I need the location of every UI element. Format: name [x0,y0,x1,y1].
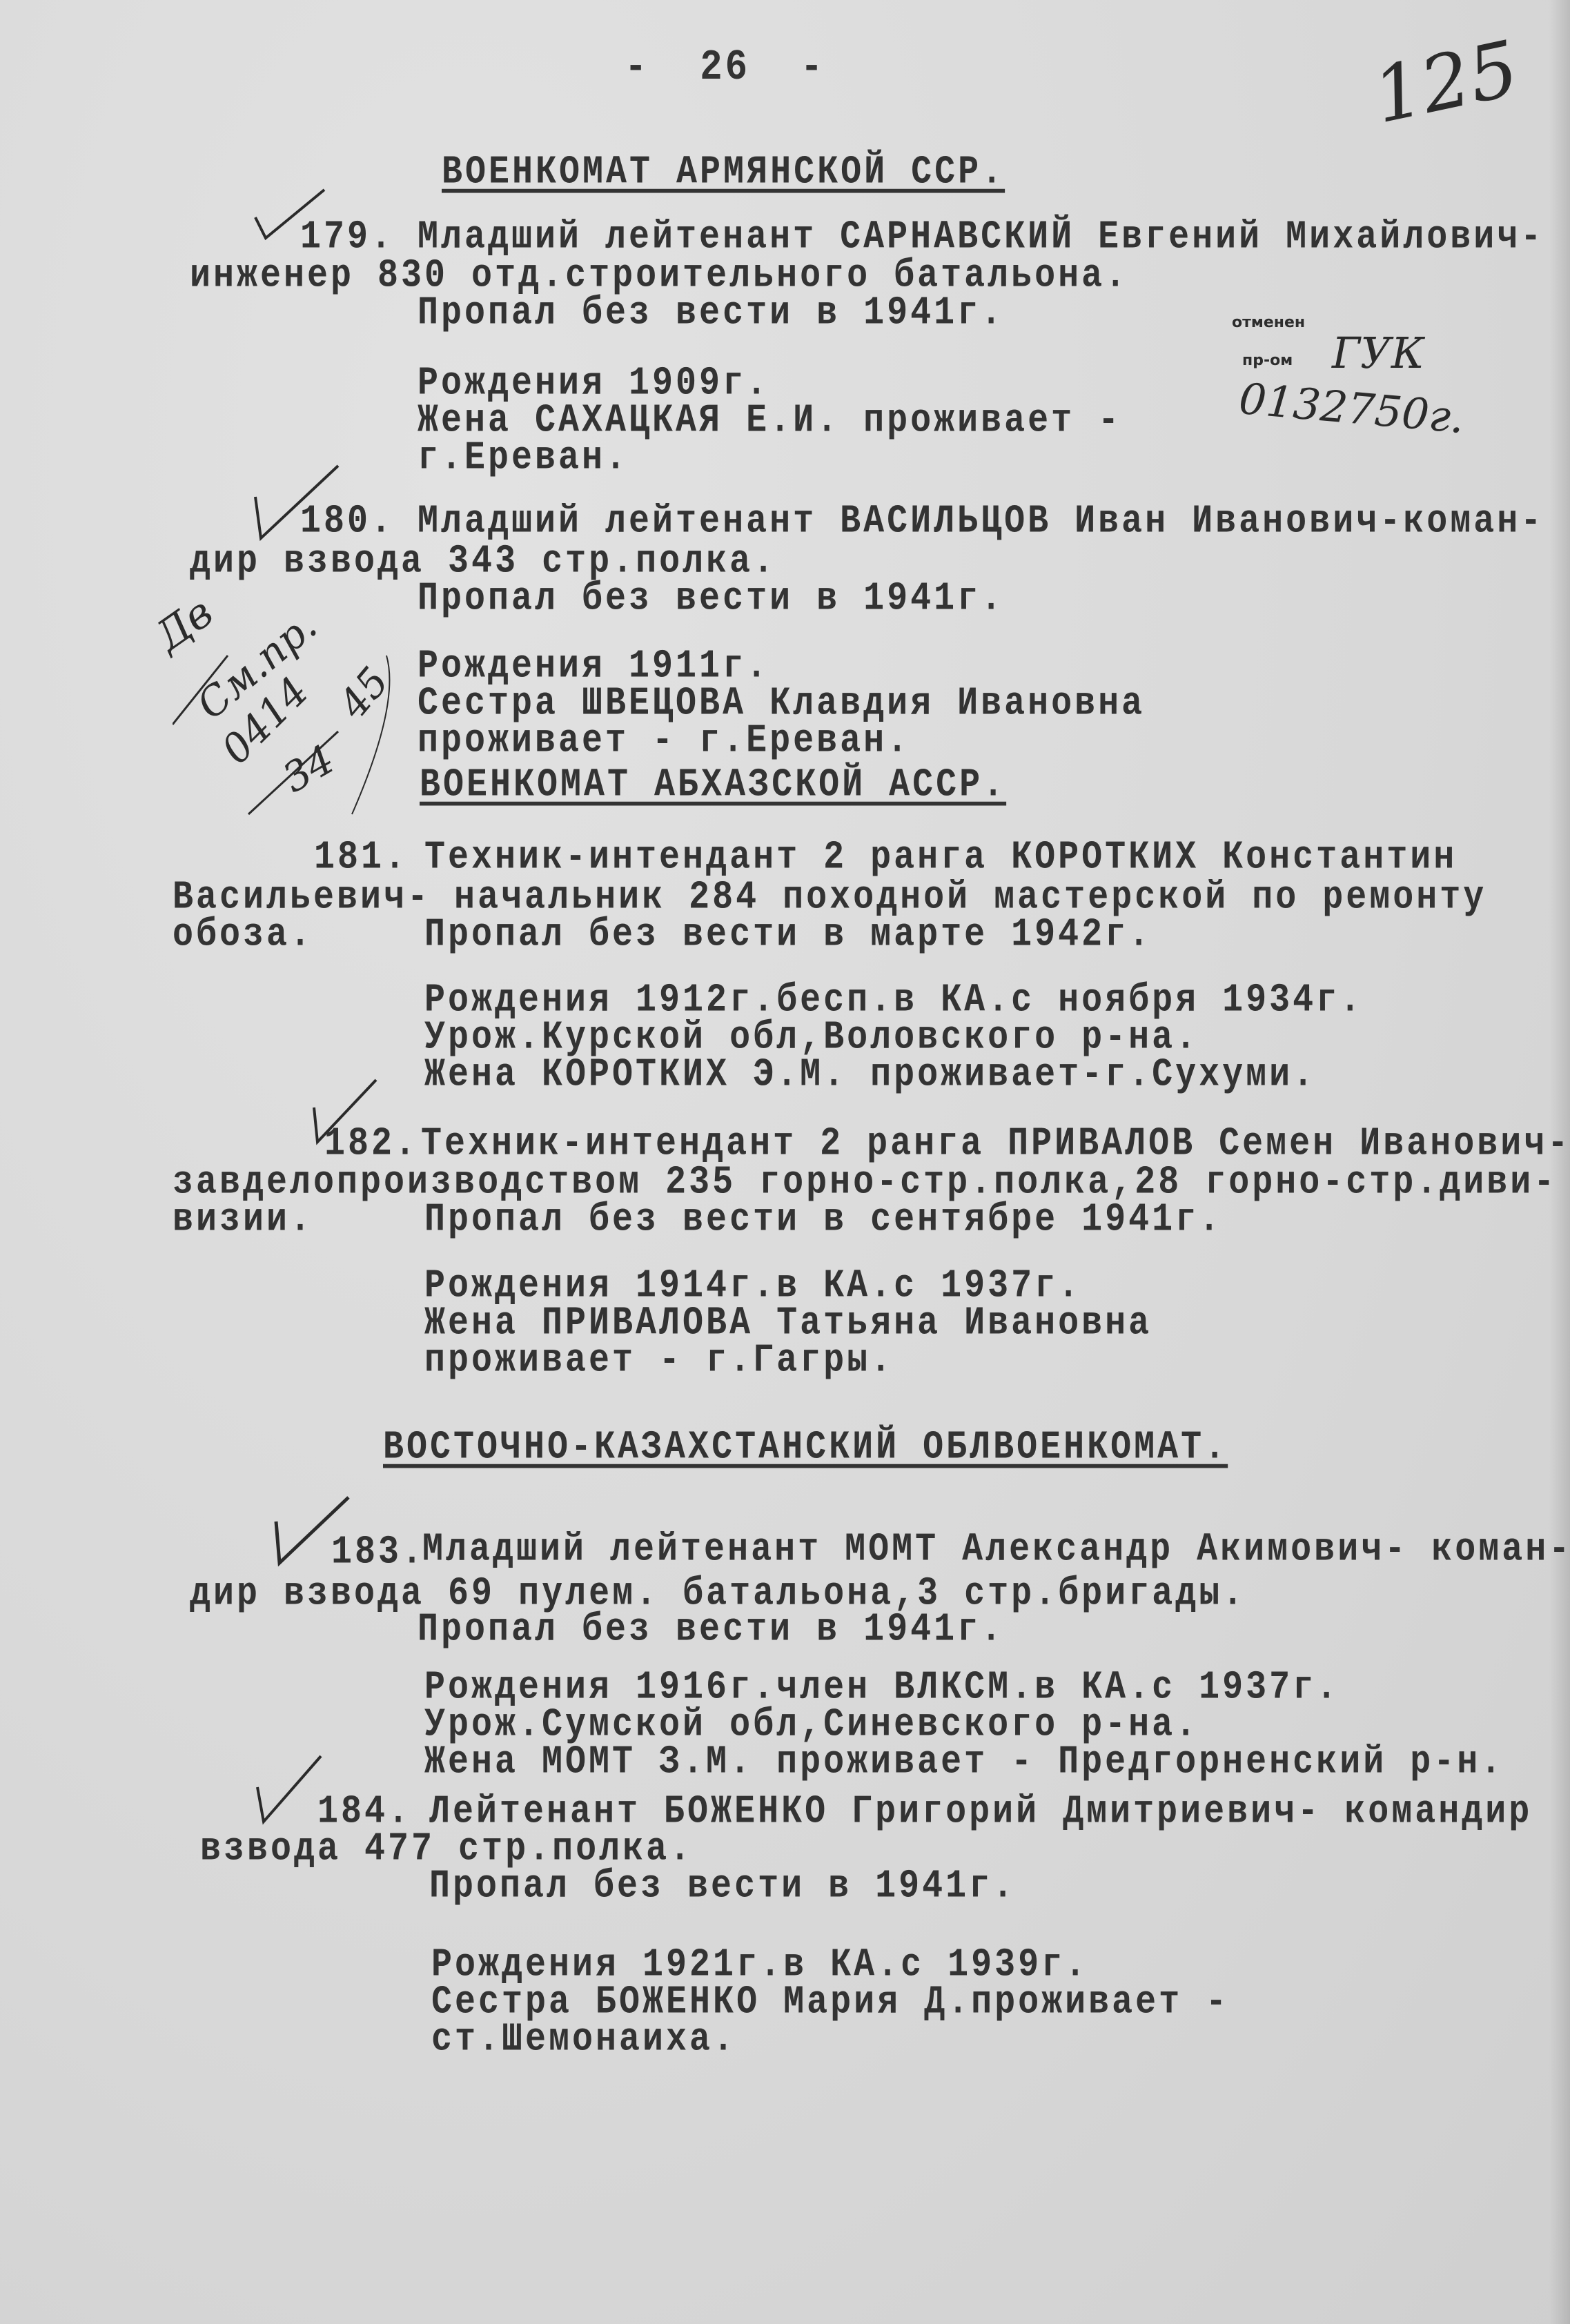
entry-line: Младший лейтенант МОМТ Александр Акимови… [422,1530,1570,1570]
entry-line: Пропал без вести в 1941г. [418,294,1004,334]
cancel-stamp-line1: отменен [1232,314,1305,331]
entry-line: г.Ереван. [418,439,629,479]
entry-line: Пропал без вести в сентябре 1941г. [424,1201,1222,1241]
entry-line: проживает - г.Ереван. [418,722,910,762]
checkmark-icon [255,1753,324,1829]
entry-line: Пропал без вести в 1941г. [429,1867,1016,1907]
section-heading-armenia: ВОЕНКОМАТ АРМЯНСКОЙ ССР. [442,153,1005,193]
entry-line: Пропал без вести в 1941г. [418,580,1004,620]
section-heading-abkhazia: ВОЕНКОМАТ АБХАЗСКОЙ АССР. [420,766,1006,806]
document-page: - 26 - 125 ВОЕНКОМАТ АРМЯНСКОЙ ССР. 179.… [0,0,1570,2324]
section-heading-east-kazakhstan: ВОСТОЧНО-КАЗАХСТАНСКИЙ ОБЛВОЕНКОМАТ. [383,1428,1228,1468]
entry-number: 183. [331,1533,425,1573]
entry-line: Жена МОМТ З.М. проживает - Предгорненски… [424,1743,1504,1783]
entry-line: проживает - г.Гагры. [424,1341,894,1381]
entry-number: 180. [300,502,394,542]
entry-line: Техник-интендант 2 ранга ПРИВАЛОВ Семен … [421,1125,1570,1165]
entry-line: обоза. [173,916,313,956]
entry-line: Жена КОРОТКИХ Э.М. проживает-г.Сухуми. [424,1056,1316,1096]
stamp-order-number: 0132750г. [1237,373,1466,443]
stamp-handwritten-guk: ГУК [1332,328,1424,378]
margin-strike-lines [173,607,435,828]
entry-line: Младший лейтенант САРНАВСКИЙ Евгений Мих… [418,218,1544,258]
entry-number: 182. [324,1125,418,1165]
entry-line: Техник-интендант 2 ранга КОРОТКИХ Конста… [424,838,1457,878]
entry-line: ст.Шемонаиха. [431,2020,736,2060]
cancel-stamp-line2: пр-ом [1242,352,1293,369]
entry-number: 181. [314,838,408,878]
entry-number: 179. [300,218,394,258]
entry-line: визии. [173,1201,313,1241]
archive-sheet-number: 125 [1366,24,1526,141]
entry-line: Пропал без вести в марте 1942г. [424,916,1152,956]
entry-line: Пропал без вести в 1941г. [418,1611,1004,1651]
page-number: - 26 - [625,47,825,90]
entry-line: Младший лейтенант ВАСИЛЬЦОВ Иван Иванови… [418,502,1544,542]
